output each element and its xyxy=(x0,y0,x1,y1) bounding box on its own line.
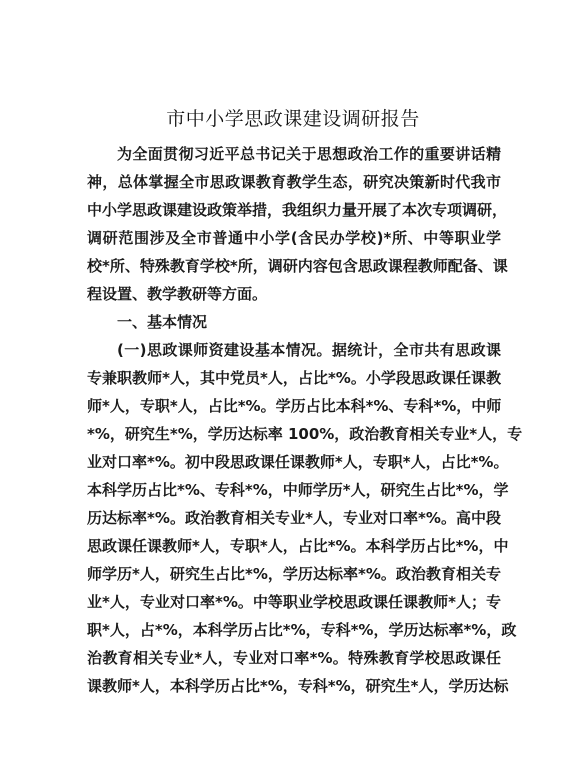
body-line-7: 历达标率*%。政治教育相关专业*人，专业对口率*%。高中段 xyxy=(87,507,501,528)
body-line-2: 专兼职教师*人，其中党员*人，占比*%。小学段思政课任课教 xyxy=(87,367,501,388)
body-line-4: *%，研究生*%，学历达标率 100%，政治教育相关专业*人，专 xyxy=(87,423,501,444)
body-line-8: 思政课任课教师*人，专职*人，占比*%。本科学历占比*%，中 xyxy=(87,535,501,556)
body-line-5: 业对口率*%。初中段思政课任课教师*人，专职*人，占比*%。 xyxy=(87,451,501,472)
body-line-1: (一)思政课师资建设基本情况。据统计，全市共有思政课 xyxy=(117,339,501,360)
intro-line-2: 神，总体掌握全市思政课教育教学生态，研究决策新时代我市 xyxy=(87,171,501,192)
intro-line-4: 调研范围涉及全市普通中小学(含民办学校)*所、中等职业学 xyxy=(87,227,501,248)
body-line-12: 治教育相关专业*人，专业对口率*%。特殊教育学校思政课任 xyxy=(87,647,501,668)
body-line-3: 师*人，专职*人，占比*%。学历占比本科*%、专科*%，中师 xyxy=(87,395,501,416)
body-line-13: 课教师*人，本科学历占比*%，专科*%，研究生*人，学历达标 xyxy=(87,675,501,696)
document-title: 市中小学思政课建设调研报告 xyxy=(0,104,586,131)
body-line-9: 师学历*人，研究生占比*%，学历达标率*%。政治教育相关专 xyxy=(87,563,501,584)
section-heading: 一、基本情况 xyxy=(117,311,207,332)
intro-line-1: 为全面贯彻习近平总书记关于思想政治工作的重要讲话精 xyxy=(117,143,501,164)
intro-line-5: 校*所、特殊教育学校*所，调研内容包含思政课程教师配备、课 xyxy=(87,255,501,276)
body-line-6: 本科学历占比*%、专科*%，中师学历*人，研究生占比*%，学 xyxy=(87,479,501,500)
body-line-11: 职*人，占*%，本科学历占比*%，专科*%，学历达标率*%，政 xyxy=(87,619,501,640)
body-line-10: 业*人，专业对口率*%。中等职业学校思政课任课教师*人；专 xyxy=(87,591,501,612)
document-page: 市中小学思政课建设调研报告 为全面贯彻习近平总书记关于思想政治工作的重要讲话精 … xyxy=(0,0,586,759)
intro-line-6: 程设置、教学教研等方面。 xyxy=(87,283,501,304)
intro-line-3: 中小学思政课建设政策举措，我组织力量开展了本次专项调研， xyxy=(87,199,501,220)
